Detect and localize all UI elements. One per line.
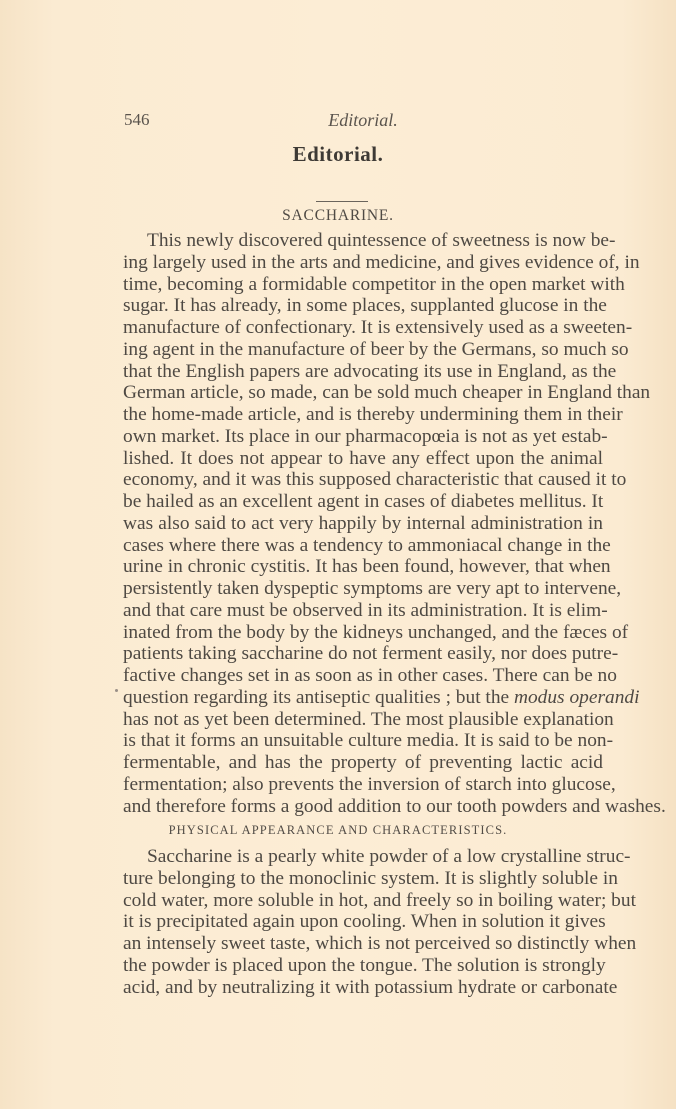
italic-phrase: modus operandi (514, 687, 640, 708)
section-title: Editorial. (0, 142, 676, 167)
text-line: lished. It does not appear to have any e… (123, 448, 603, 470)
text-line: This newly discovered quintessence of sw… (123, 230, 603, 252)
running-head: 546 Editorial. (124, 110, 602, 134)
text-line: and that care must be observed in its ad… (123, 600, 603, 622)
subheading: PHYSICAL APPEARANCE AND CHARACTERISTICS. (0, 823, 676, 838)
text-line: fermentation; also prevents the inversio… (123, 774, 603, 796)
text-line: manufacture of confectionary. It is exte… (123, 317, 603, 339)
text-line: the powder is placed upon the tongue. Th… (123, 955, 603, 977)
text-line: German article, so made, can be sold muc… (123, 382, 603, 404)
text-line: Saccharine is a pearly white powder of a… (123, 846, 603, 868)
text-line: has not as yet been determined. The most… (123, 709, 603, 731)
text-line: be hailed as an excellent agent in cases… (123, 491, 603, 513)
margin-mark (115, 689, 118, 692)
text-line: and therefore forms a good addition to o… (123, 796, 603, 818)
text-line-with-italic: question regarding its antiseptic qualit… (123, 687, 603, 709)
text-line: economy, and it was this supposed charac… (123, 469, 603, 491)
text-line: patients taking saccharine do not fermen… (123, 643, 603, 665)
text-line: was also said to act very happily by int… (123, 513, 603, 535)
text-line: acid, and by neutralizing it with potass… (123, 977, 603, 999)
text-line: factive changes set in as soon as in oth… (123, 665, 603, 687)
article-title: SACCHARINE. (0, 207, 676, 225)
text-line: cold water, more soluble in hot, and fre… (123, 890, 603, 912)
text-line: it is precipitated again upon cooling. W… (123, 911, 603, 933)
text-line: cases where there was a tendency to ammo… (123, 535, 603, 557)
text-line: that the English papers are advocating i… (123, 361, 603, 383)
text-line: an intensely sweet taste, which is not p… (123, 933, 603, 955)
paragraph-2: Saccharine is a pearly white powder of a… (123, 846, 603, 998)
paragraph-1: This newly discovered quintessence of sw… (123, 230, 603, 817)
text-line: inated from the body by the kidneys unch… (123, 622, 603, 644)
text-line: own market. Its place in our pharmacopœi… (123, 426, 603, 448)
text-line: time, becoming a formidable competitor i… (123, 274, 603, 296)
text-line: is that it forms an unsuitable culture m… (123, 730, 603, 752)
title-rule-divider (316, 201, 368, 202)
text-line: fermentable, and has the property of pre… (123, 752, 603, 774)
text-line: urine in chronic cystitis. It has been f… (123, 556, 603, 578)
text-line: the home-made article, and is thereby un… (123, 404, 603, 426)
document-page: 546 Editorial. Editorial. SACCHARINE. Th… (0, 0, 676, 1109)
text-line: sugar. It has already, in some places, s… (123, 295, 603, 317)
text-line: ing largely used in the arts and medicin… (123, 252, 603, 274)
text-line: ture belonging to the monoclinic system.… (123, 868, 603, 890)
text-line: ing agent in the manufacture of beer by … (123, 339, 603, 361)
running-title: Editorial. (124, 110, 602, 131)
text-line: persistently taken dyspeptic symptoms ar… (123, 578, 603, 600)
text-segment: question regarding its antiseptic qualit… (123, 687, 514, 708)
